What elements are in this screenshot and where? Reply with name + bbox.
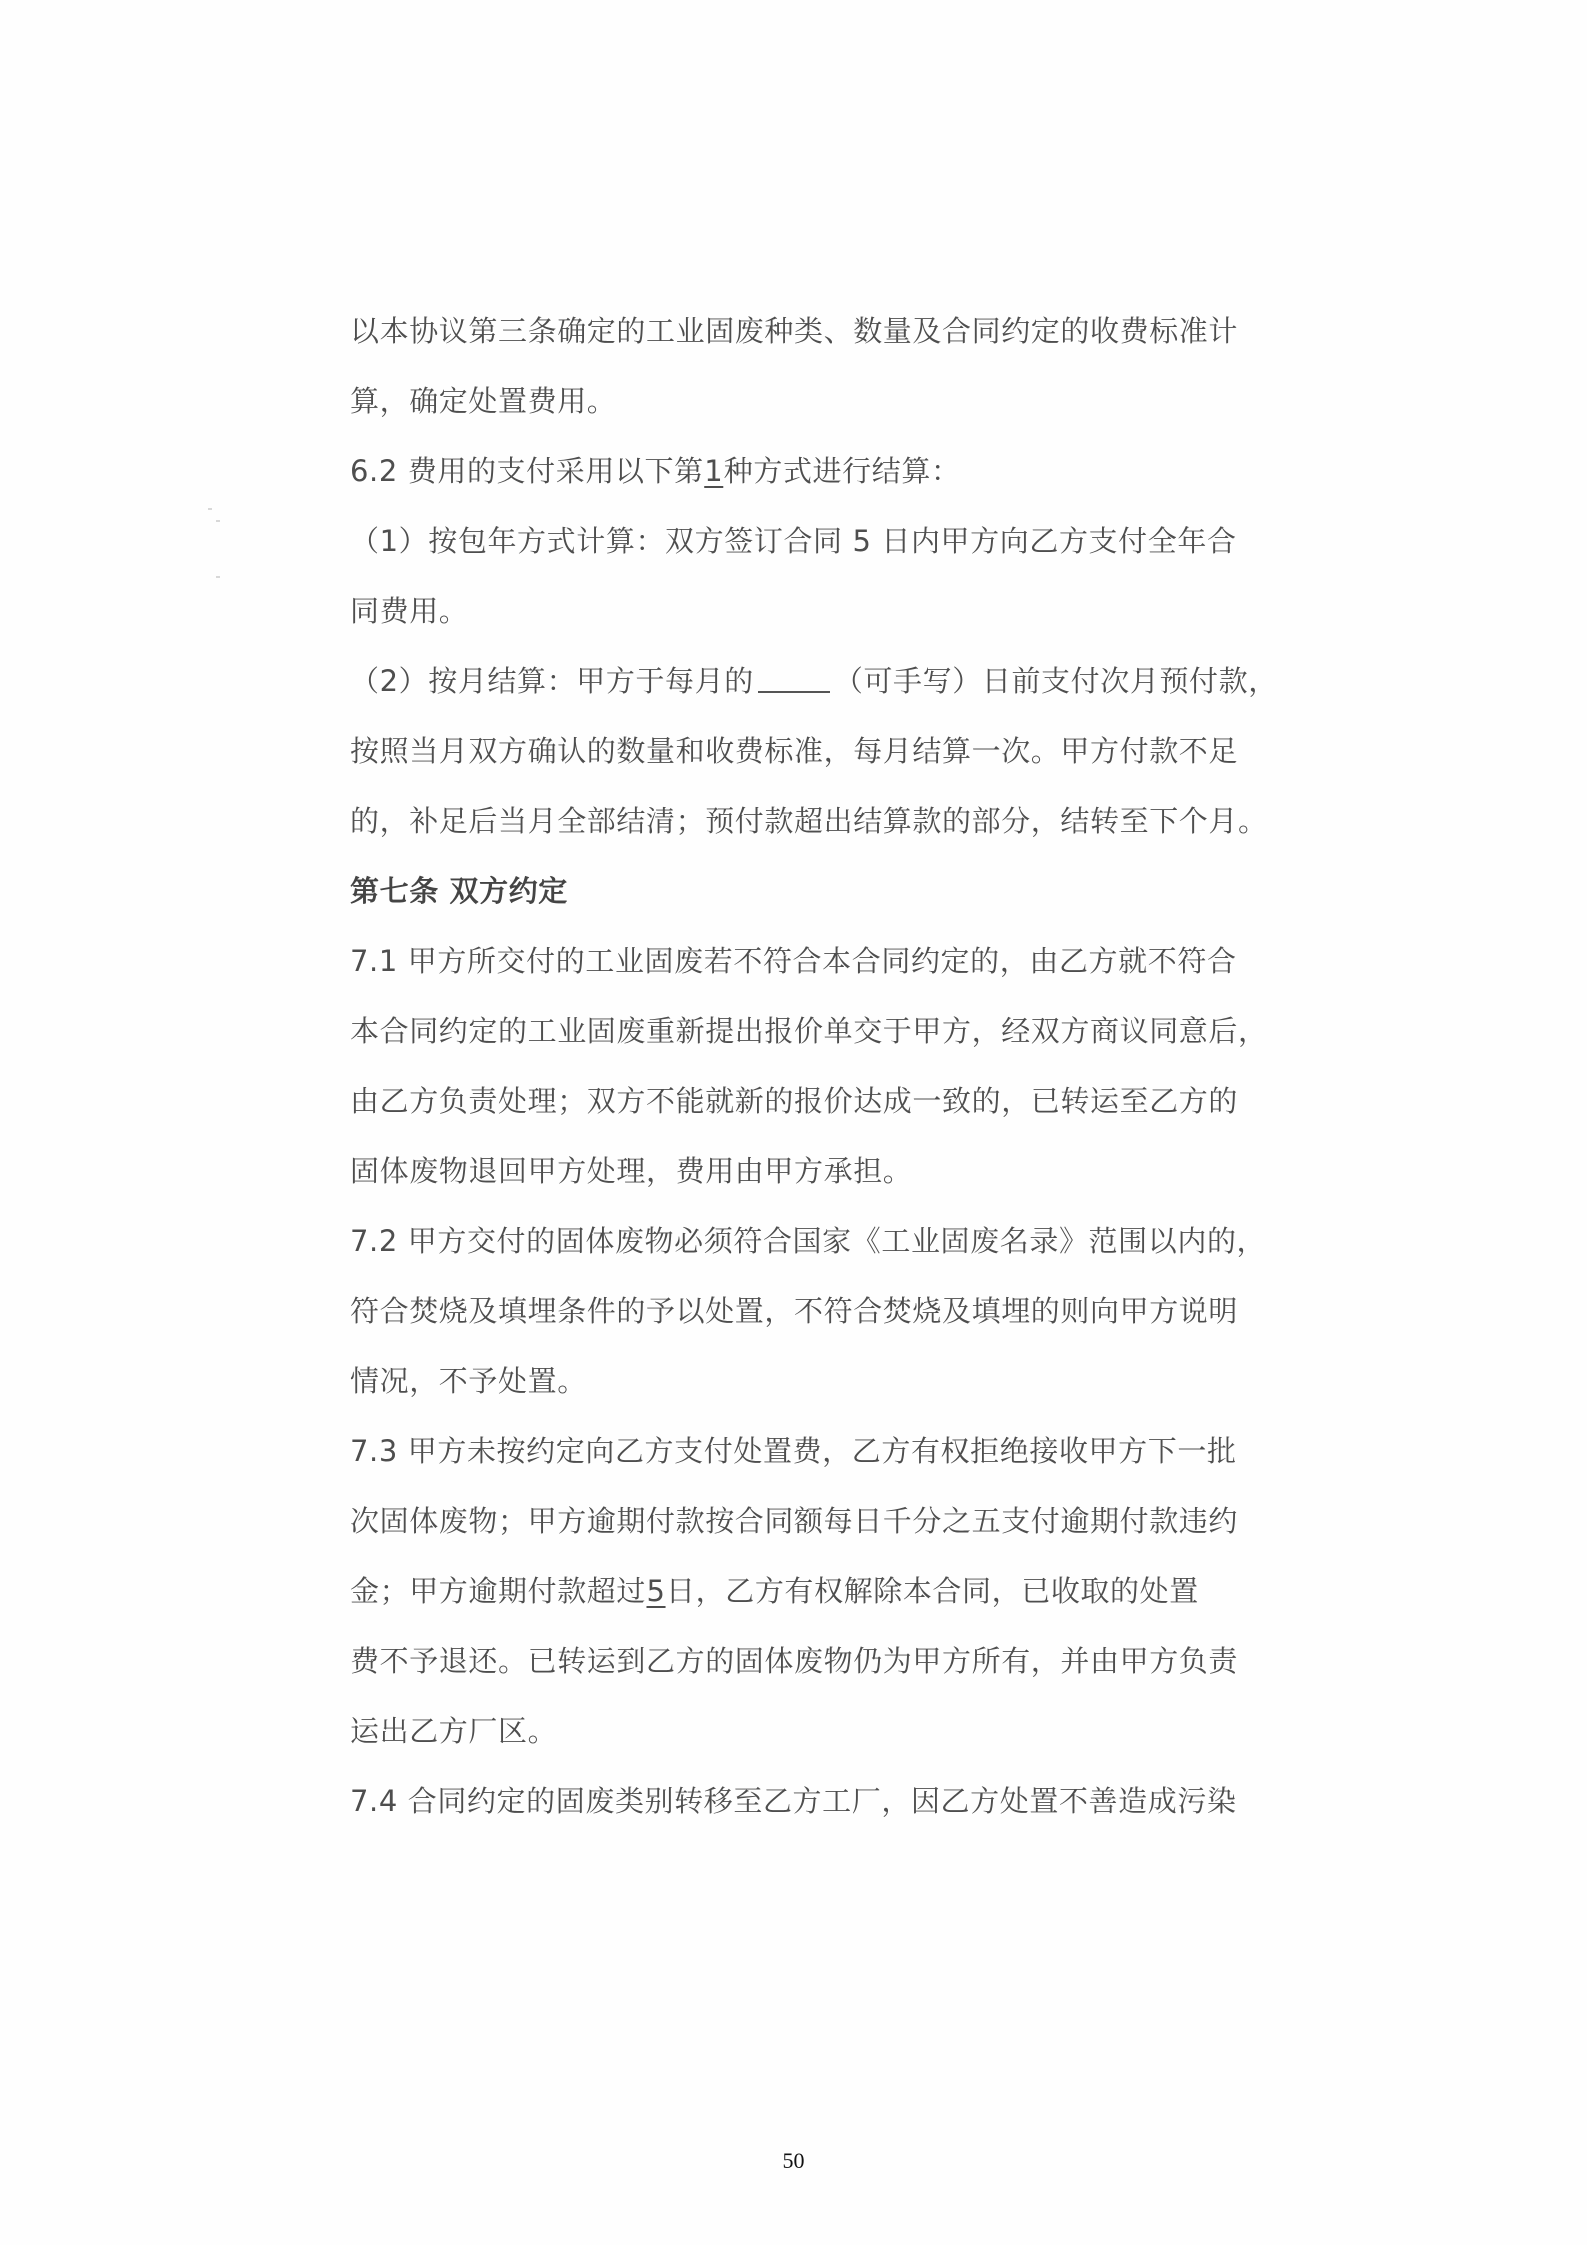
paragraph-line: 情况，不予处置。 — [350, 1346, 1250, 1416]
paragraph-line: 按照当月双方确认的数量和收费标准，每月结算一次。甲方付款不足 — [350, 716, 1250, 786]
clause-7-4: 7.4 合同约定的固废类别转移至乙方工厂，因乙方处置不善造成污染 — [350, 1766, 1250, 1836]
document-body: 以本协议第三条确定的工业固废种类、数量及合同约定的收费标准计 算，确定处置费用。… — [350, 296, 1250, 1836]
payment-day-blank — [758, 667, 830, 693]
paragraph-line: 次固体废物；甲方逾期付款按合同额每日千分之五支付逾期付款违约 — [350, 1486, 1250, 1556]
clause-7-3: 7.3 甲方未按约定向乙方支付处置费，乙方有权拒绝接收甲方下一批 — [350, 1416, 1250, 1486]
line-text: 以本协议第三条确定的工业固废种类、数量及合同约定的收费标准计 — [350, 314, 1238, 348]
option-1: （1）按包年方式计算：双方签订合同 5 日内甲方向乙方支付全年合 — [350, 506, 1250, 576]
line-text: （1）按包年方式计算：双方签订合同 5 日内甲方向乙方支付全年合 — [350, 524, 1237, 558]
paragraph-line: 固体废物退回甲方处理，费用由甲方承担。 — [350, 1136, 1250, 1206]
line-text: 算，确定处置费用。 — [350, 384, 616, 418]
line-text: 按照当月双方确认的数量和收费标准，每月结算一次。甲方付款不足 — [350, 734, 1238, 768]
line-text: 运出乙方厂区。 — [350, 1714, 557, 1748]
paragraph-line: 金；甲方逾期付款超过 5 日，乙方有权解除本合同，已收取的处置 — [350, 1556, 1250, 1626]
scan-mark — [208, 508, 212, 510]
paragraph-line: 运出乙方厂区。 — [350, 1696, 1250, 1766]
payment-method-fill: 1 — [704, 436, 724, 506]
line-text: 日，乙方有权解除本合同，已收取的处置 — [666, 1574, 1199, 1608]
line-text: 7.3 甲方未按约定向乙方支付处置费，乙方有权拒绝接收甲方下一批 — [350, 1434, 1237, 1468]
paragraph-line: 由乙方负责处理；双方不能就新的报价达成一致的，已转运至乙方的 — [350, 1066, 1250, 1136]
line-text: 同费用。 — [350, 594, 468, 628]
document-page: 以本协议第三条确定的工业固废种类、数量及合同约定的收费标准计 算，确定处置费用。… — [0, 0, 1587, 2245]
overdue-days-fill: 5 — [646, 1556, 666, 1626]
line-text: 的，补足后当月全部结清；预付款超出结算款的部分，结转至下个月。 — [350, 804, 1268, 838]
clause-6-2: 6.2 费用的支付采用以下第 1 种方式进行结算： — [350, 436, 1250, 506]
paragraph-line: 费不予退还。已转运到乙方的固体废物仍为甲方所有，并由甲方负责 — [350, 1626, 1250, 1696]
line-text: 7.1 甲方所交付的工业固废若不符合本合同约定的，由乙方就不符合 — [350, 944, 1237, 978]
paragraph-line: 同费用。 — [350, 576, 1250, 646]
paragraph-line: 的，补足后当月全部结清；预付款超出结算款的部分，结转至下个月。 — [350, 786, 1250, 856]
clause-7-1: 7.1 甲方所交付的工业固废若不符合本合同约定的，由乙方就不符合 — [350, 926, 1250, 996]
paragraph-line: 符合焚烧及填埋条件的予以处置，不符合焚烧及填埋的则向甲方说明 — [350, 1276, 1250, 1346]
line-text: 费不予退还。已转运到乙方的固体废物仍为甲方所有，并由甲方负责 — [350, 1644, 1238, 1678]
article-7-heading: 第七条 双方约定 — [350, 856, 1250, 926]
line-text: （可手写）日前支付次月预付款， — [834, 664, 1278, 698]
line-text: 次固体废物；甲方逾期付款按合同额每日千分之五支付逾期付款违约 — [350, 1504, 1238, 1538]
heading-text: 第七条 双方约定 — [350, 874, 568, 908]
line-text: （2）按月结算：甲方于每月的 — [350, 664, 754, 698]
line-text: 种方式进行结算： — [724, 454, 961, 488]
scan-mark — [216, 576, 220, 578]
line-text: 7.2 甲方交付的固体废物必须符合国家《工业固废名录》范围以内的， — [350, 1224, 1266, 1258]
line-text: 6.2 费用的支付采用以下第 — [350, 454, 704, 488]
clause-7-2: 7.2 甲方交付的固体废物必须符合国家《工业固废名录》范围以内的， — [350, 1206, 1250, 1276]
paragraph-line: 以本协议第三条确定的工业固废种类、数量及合同约定的收费标准计 — [350, 296, 1250, 366]
line-text: 符合焚烧及填埋条件的予以处置，不符合焚烧及填埋的则向甲方说明 — [350, 1294, 1238, 1328]
line-text: 由乙方负责处理；双方不能就新的报价达成一致的，已转运至乙方的 — [350, 1084, 1238, 1118]
line-text: 本合同约定的工业固废重新提出报价单交于甲方，经双方商议同意后， — [350, 1014, 1268, 1048]
paragraph-line: 本合同约定的工业固废重新提出报价单交于甲方，经双方商议同意后， — [350, 996, 1250, 1066]
line-text: 固体废物退回甲方处理，费用由甲方承担。 — [350, 1154, 912, 1188]
line-text: 情况，不予处置。 — [350, 1364, 587, 1398]
line-text: 7.4 合同约定的固废类别转移至乙方工厂，因乙方处置不善造成污染 — [350, 1784, 1237, 1818]
scan-mark — [216, 520, 220, 522]
option-2: （2）按月结算：甲方于每月的（可手写）日前支付次月预付款， — [350, 646, 1250, 716]
paragraph-line: 算，确定处置费用。 — [350, 366, 1250, 436]
page-number: 50 — [0, 2148, 1587, 2174]
line-text: 金；甲方逾期付款超过 — [350, 1574, 646, 1608]
